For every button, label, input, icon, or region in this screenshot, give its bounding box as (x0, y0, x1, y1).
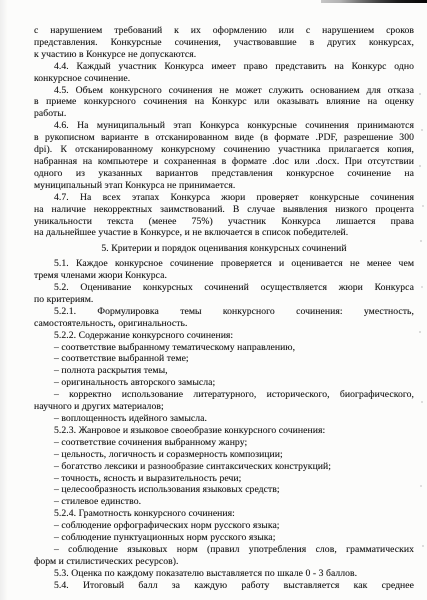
list-item: – воплощенность идейного замысла. (34, 413, 414, 425)
list-item: – соответствие выбранной теме; (34, 353, 414, 365)
list-item: – полнота раскрытия темы, (34, 365, 414, 377)
text-line: набранная на компьютере и сохраненная в … (34, 156, 414, 168)
list-item: – соответствие выбранному тематическому … (34, 342, 414, 354)
paragraph: 4.5. Объем конкурсного сочинения не може… (34, 85, 414, 121)
list-item: – целесообразность использования языковы… (34, 484, 414, 496)
text-line: форм и стилистических ресурсов). (34, 556, 414, 568)
text-line: – богатство лексики и разнообразие синта… (34, 461, 414, 473)
text-line: научного и других материалов; (34, 401, 414, 413)
text-line: в рукописном варианте в отсканированном … (34, 132, 414, 144)
text-line: – соблюдение пунктуационных норм русског… (34, 532, 414, 544)
text-line: 4.4. Каждый участник Конкурса имеет прав… (34, 61, 414, 73)
list-item: – богатство лексики и разнообразие синта… (34, 461, 414, 473)
text-line: самостоятельность, оригинальность. (34, 318, 414, 330)
text-line: 5.2.3. Жанровое и языковое своеобразие к… (34, 425, 414, 437)
text-line: – цельность, логичность и соразмерность … (34, 449, 414, 461)
text-line: – корректно использование литературного,… (34, 389, 414, 401)
text-line: представления. Конкурсные сочинения, уча… (34, 37, 414, 49)
paragraph: 5.2.2. Содержание конкурсного сочинения: (34, 330, 414, 342)
paragraph: 5.2. Оценивание конкурсных сочинений осу… (34, 282, 414, 306)
paragraph: 5.2.3. Жанровое и языковое своеобразие к… (34, 425, 414, 437)
text-line: 5.3. Оценка по каждому показателю выстав… (34, 568, 414, 580)
text-line: – соответствие выбранной теме; (34, 353, 414, 365)
text-line: – оригинальность авторского замысла; (34, 377, 414, 389)
text-line: на дальнейшее участие в Конкурсе, и не в… (34, 227, 414, 239)
paragraph: с нарушением требований к их оформлению … (34, 25, 414, 61)
section-heading: 5. Критерии и порядок оценивания конкурс… (34, 243, 414, 255)
paragraph: 4.4. Каждый участник Конкурса имеет прав… (34, 61, 414, 85)
text-line: конкурсное сочинение. (34, 73, 414, 85)
list-item: – цельность, логичность и соразмерность … (34, 449, 414, 461)
text-line: 4.5. Объем конкурсного сочинения не може… (34, 85, 414, 97)
list-item: – соответствие сочинения выбранному жанр… (34, 437, 414, 449)
scan-speck-noise (419, 93, 421, 95)
text-line: 5.2.2. Содержание конкурсного сочинения: (34, 330, 414, 342)
text-line: 5.1. Каждое конкурсное сочинение проверя… (34, 258, 414, 270)
text-line: по критериям. (34, 294, 414, 306)
text-line: 4.6. На муниципальный этап Конкурса конк… (34, 120, 414, 132)
paragraph: 5.4. Итоговый балл за каждую работу выст… (34, 580, 414, 592)
list-item: – соблюдение орфографических норм русско… (34, 520, 414, 532)
paragraph: 4.6. На муниципальный этап Конкурса конк… (34, 120, 414, 191)
text-line: к участию в Конкурсе не допускаются. (34, 49, 414, 61)
text-line: – стилевое единство. (34, 496, 414, 508)
text-line: в приеме конкурсного сочинения на Конкур… (34, 96, 414, 108)
text-line: – соблюдение языковых норм (правил употр… (34, 544, 414, 556)
scan-artifact-bar (321, 0, 427, 3)
text-line: 4.7. На всех этапах Конкурса жюри провер… (34, 192, 414, 204)
text-line: на наличие некорректных заимствований. В… (34, 204, 414, 216)
list-item: – соблюдение языковых норм (правил употр… (34, 544, 414, 568)
text-line: 5.2.1. Формулировка темы конкурсного соч… (34, 306, 414, 318)
list-item: – корректно использование литературного,… (34, 389, 414, 413)
paragraph: 5.1. Каждое конкурсное сочинение проверя… (34, 258, 414, 282)
text-line: – соблюдение орфографических норм русско… (34, 520, 414, 532)
list-item: – соблюдение пунктуационных норм русског… (34, 532, 414, 544)
text-line: – точность, ясность и выразительность ре… (34, 473, 414, 485)
text-line: 5.2.4. Грамотность конкурсного сочинения… (34, 508, 414, 520)
paragraph: 5.3. Оценка по каждому показателю выстав… (34, 568, 414, 580)
text-line: с нарушением требований к их оформлению … (34, 25, 414, 37)
text-line: работы. (34, 108, 414, 120)
document-page: с нарушением требований к их оформлению … (34, 25, 414, 592)
list-item: – стилевое единство. (34, 496, 414, 508)
text-line: dpi). К отсканированному конкурсному соч… (34, 144, 414, 156)
paragraph: 5.2.4. Грамотность конкурсного сочинения… (34, 508, 414, 520)
text-line: – соответствие выбранному тематическому … (34, 342, 414, 354)
text-line: одного из указанных вариантов представле… (34, 168, 414, 180)
text-line: 5. Критерии и порядок оценивания конкурс… (34, 243, 414, 255)
text-line: – полнота раскрытия темы, (34, 365, 414, 377)
text-line: – целесообразность использования языковы… (34, 484, 414, 496)
text-line: 5.4. Итоговый балл за каждую работу выст… (34, 580, 414, 592)
paragraph: 5.2.1. Формулировка темы конкурсного соч… (34, 306, 414, 330)
paragraph: 4.7. На всех этапах Конкурса жюри провер… (34, 192, 414, 240)
text-line: – соответствие сочинения выбранному жанр… (34, 437, 414, 449)
text-line: муниципальный этап Конкурса не принимает… (34, 180, 414, 192)
text-line: 5.2. Оценивание конкурсных сочинений осу… (34, 282, 414, 294)
text-line: тремя членами жюри Конкурса. (34, 270, 414, 282)
text-line: уникальности текста (менее 75%) участник… (34, 216, 414, 228)
scanned-document: { "page": { "background_color": "#fcfcfb… (0, 0, 427, 600)
list-item: – точность, ясность и выразительность ре… (34, 473, 414, 485)
text-line: – воплощенность идейного замысла. (34, 413, 414, 425)
list-item: – оригинальность авторского замысла; (34, 377, 414, 389)
